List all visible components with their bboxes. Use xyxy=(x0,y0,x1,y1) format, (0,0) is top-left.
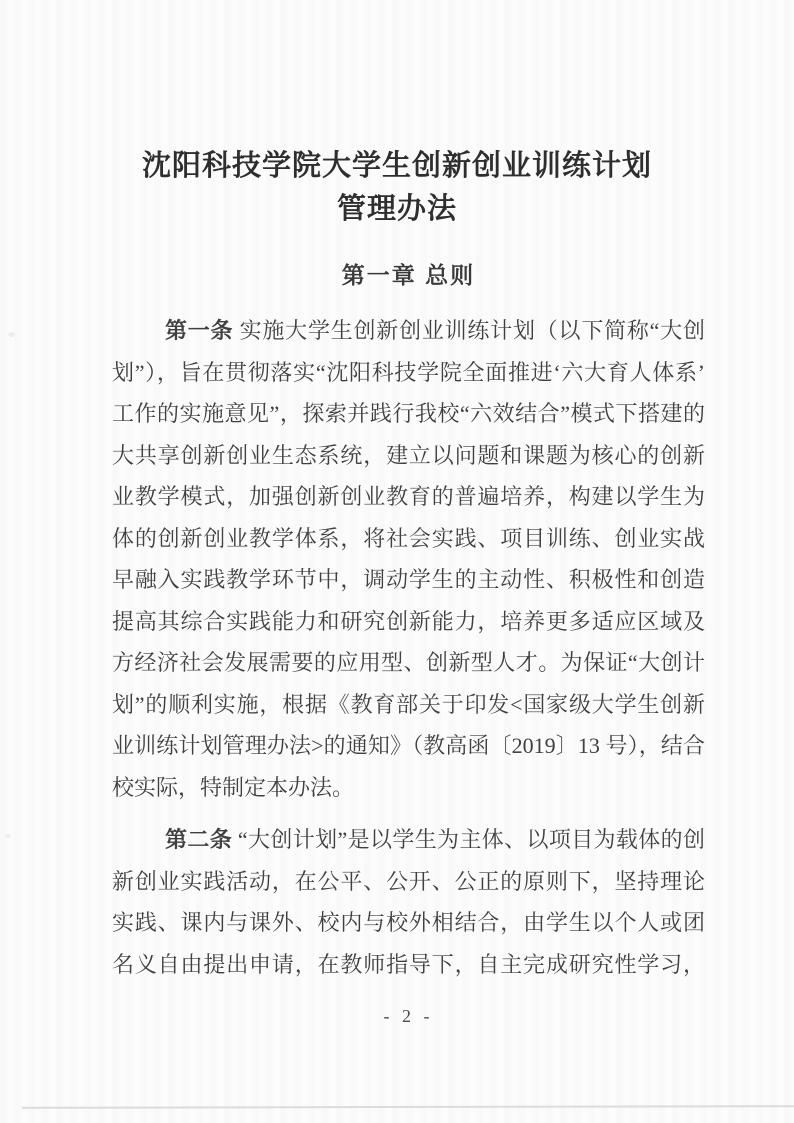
article-number: 第二条 xyxy=(165,827,232,852)
body-line: 第二条 “大创计划”是以学生为主体、以项目为载体的创 xyxy=(112,819,705,861)
article-number: 第一条 xyxy=(165,318,233,343)
document-body: 第一条 实施大学生创新创业训练计划（以下简称“大创计划”），旨在贯彻落实“沈阳科… xyxy=(112,310,705,985)
page-number: - 2 - xyxy=(112,1006,705,1027)
scan-edge-artifact xyxy=(22,1105,794,1109)
document-title-line1: 沈阳科技学院大学生创新创业训练计划 xyxy=(97,145,697,188)
body-line: 第一条 实施大学生创新创业训练计划（以下简称“大创计 xyxy=(112,310,705,352)
body-line: 方经济社会发展需要的应用型、创新型人才。为保证“大创计 xyxy=(112,642,705,684)
body-line: 划”），旨在贯彻落实“沈阳科技学院全面推进‘六大育人体系’ xyxy=(112,352,705,394)
document-page: 沈阳科技学院大学生创新创业训练计划 管理办法 第一章 总则 第一条 实施大学生创… xyxy=(0,0,794,1123)
body-line: 业训练计划管理办法>的通知》（教高函〔2019〕13 号），结合我 xyxy=(112,725,705,767)
body-line: 提高其综合实践能力和研究创新能力，培养更多适应区域及地 xyxy=(112,601,705,643)
body-line: 名义自由提出申请，在教师指导下，自主完成研究性学习，自 xyxy=(112,944,705,986)
body-line: 大共享创新创业生态系统，建立以问题和课题为核心的创新创 xyxy=(112,435,705,477)
body-line: 校实际，特制定本办法。 xyxy=(112,767,705,809)
body-line: 早融入实践教学环节中，调动学生的主动性、积极性和创造性， xyxy=(112,559,705,601)
paragraph: 第二条 “大创计划”是以学生为主体、以项目为载体的创新创业实践活动，在公平、公开… xyxy=(112,819,705,985)
paragraph: 第一条 实施大学生创新创业训练计划（以下简称“大创计划”），旨在贯彻落实“沈阳科… xyxy=(112,310,705,808)
body-line: 体的创新创业教学体系，将社会实践、项目训练、创业实战尽 xyxy=(112,518,705,560)
body-line: 新创业实践活动，在公平、公开、公正的原则下，坚持理论与 xyxy=(112,861,705,903)
scan-speck xyxy=(5,834,11,838)
body-line: 工作的实施意见”，探索并践行我校“六效结合”模式下搭建的 xyxy=(112,393,705,435)
document-title: 沈阳科技学院大学生创新创业训练计划 管理办法 xyxy=(97,145,697,231)
document-title-line2: 管理办法 xyxy=(97,188,697,231)
body-line: 划”的顺利实施，根据《教育部关于印发<国家级大学生创新创 xyxy=(112,684,705,726)
chapter-heading: 第一章 总则 xyxy=(112,257,705,290)
scan-speck xyxy=(8,332,15,337)
body-line: 实践、课内与课外、校内与校外相结合，由学生以个人或团队 xyxy=(112,902,705,944)
body-line: 业教学模式，加强创新创业教育的普遍培养，构建以学生为主 xyxy=(112,476,705,518)
